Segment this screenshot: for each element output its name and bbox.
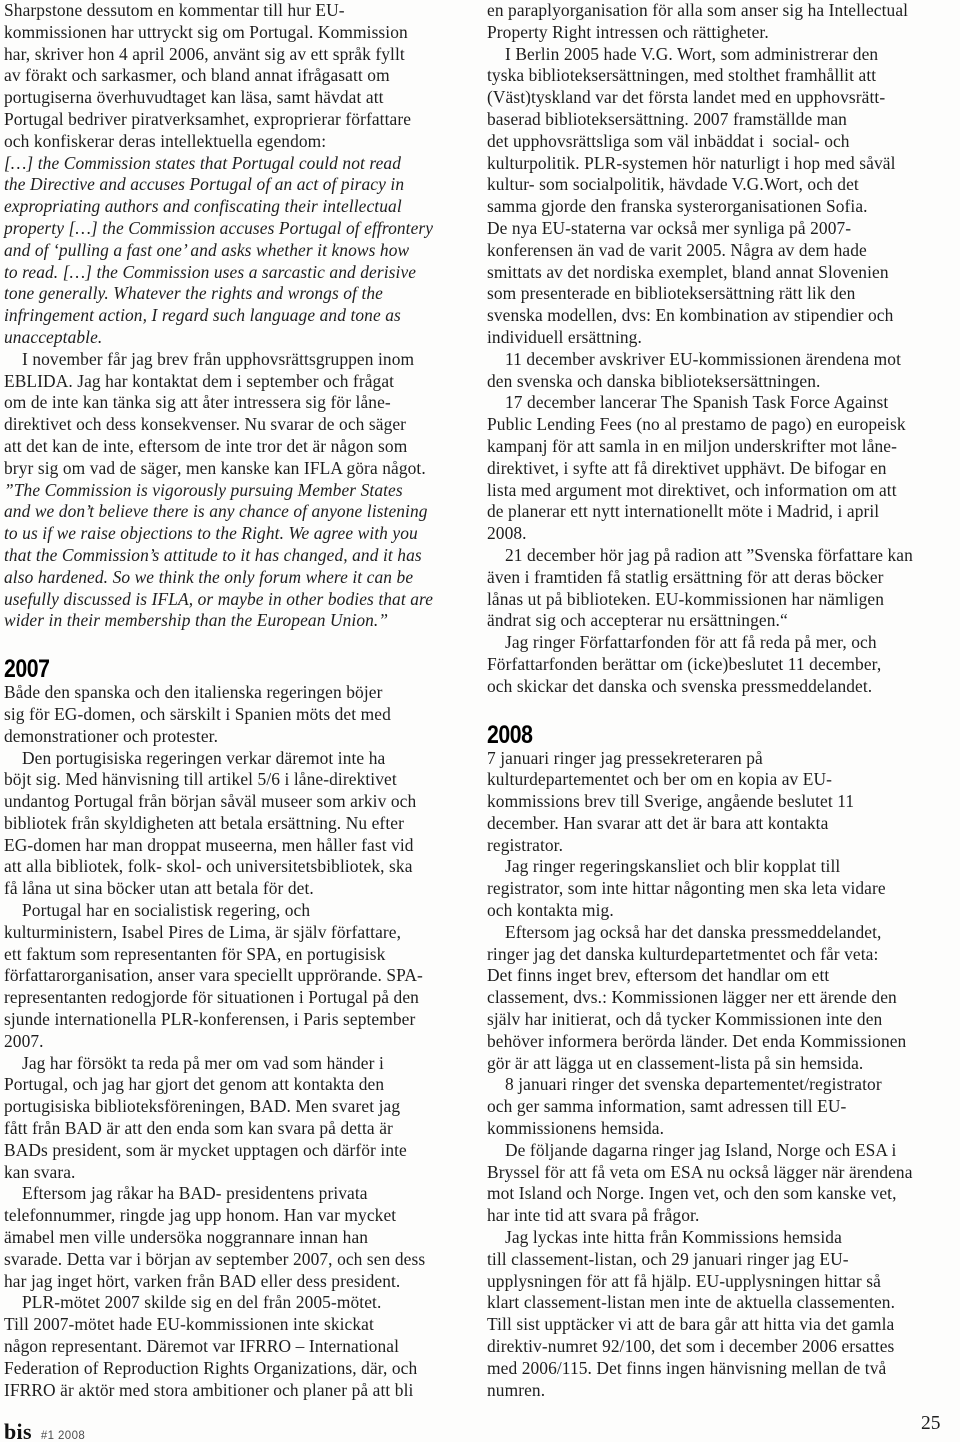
text-line: det upphovsrättsliga som väl inbäddat i … [487,131,956,153]
text-line: undantog Portugal från början såväl muse… [4,791,470,813]
issue-label: #1 2008 [41,1430,85,1442]
text-line: december. Han svarar att det är bara att… [487,813,956,835]
text-line: tyska biblioteksersättningen, med stolth… [487,65,956,87]
text-line: Sharpstone dessutom en kommentar till hu… [4,0,470,22]
text-line: kampanj för att samla in en miljon under… [487,436,956,458]
body-paragraph: en paraplyorganisation för alla som anse… [487,0,956,44]
text-line: som presenterade en biblioteksersättning… [487,283,956,305]
body-paragraph: PLR-mötet 2007 skilde sig en del från 20… [4,1292,470,1401]
page-number: 25 [921,1413,941,1435]
text-line: en paraplyorganisation för alla som anse… [487,0,956,22]
text-line: svenska modellen, dvs: En kombination av… [487,305,956,327]
text-line: 11 december avskriver EU-kommissionen är… [487,349,956,371]
text-line: Portugal har en socialistisk regering, o… [4,900,470,922]
text-line: 21 december hör jag på radion att ”Svens… [487,545,956,567]
text-line: Federation of Reproduction Rights Organi… [4,1358,470,1380]
text-line: BADs president, som är mycket upptagen o… [4,1140,470,1162]
text-line: den svenska och danska biblioteksersättn… [487,371,956,393]
text-line: 2007. [4,1031,470,1053]
text-line: bibliotek från skyldigheten att betala e… [4,813,470,835]
text-line: upplysningen för att få hjälp. EU-upplys… [487,1271,956,1293]
text-line: kan svara. [4,1162,470,1184]
text-line: expropriating authors and confiscating t… [4,196,470,218]
text-line: och ger samma information, samt adressen… [487,1096,956,1118]
body-paragraph: Jag ringer regeringskansliet och blir ko… [487,856,956,921]
year-heading: 2008 [487,722,886,748]
text-line: to read. […] the Commission uses a sarca… [4,262,470,284]
text-line: och skickar det danska och svenska press… [487,676,956,698]
body-paragraph: Den portugisiska regeringen verkar därem… [4,748,470,901]
text-line: kulturministern, Isabel Pires de Lima, ä… [4,922,470,944]
text-line: wider in their membership than the Europ… [4,610,470,632]
text-line: och kontakta mig. [487,900,956,922]
text-line: Property Right intressen och rättigheter… [487,22,956,44]
text-line: baserad biblioteksersättning. 2007 frams… [487,109,956,131]
text-line: svarade. Detta var i början av september… [4,1249,470,1271]
text-line: I Berlin 2005 hade V.G. Wort, som admini… [487,44,956,66]
body-paragraph: Jag ringer Författarfonden för att få re… [487,632,956,697]
text-line: I november får jag brev från upphovsrätt… [4,349,470,371]
text-line: lista med argument mot direktivet, och i… [487,480,956,502]
text-line: någon representant. Däremot var IFRRO – … [4,1336,470,1358]
text-line: har, skriver hon 4 april 2006, använt si… [4,44,470,66]
text-line: lånas ut på biblioteken. EU-kommissionen… [487,589,956,611]
text-line: usefully discussed is IFLA, or maybe in … [4,589,470,611]
text-line: har jag inget hört, varken från BAD elle… [4,1271,470,1293]
journal-footer: bis #1 2008 [4,1419,85,1442]
text-line: ”The Commission is vigorously pursuing M… [4,480,470,502]
text-line: 17 december lancerar The Spanish Task Fo… [487,392,956,414]
text-line: De nya EU-staterna var också mer synliga… [487,218,956,240]
body-paragraph: De följande dagarna ringer jag Island, N… [487,1140,956,1227]
text-line: property […] the Commission accuses Port… [4,218,470,240]
text-line: infringement action, I regard such langu… [4,305,470,327]
body-paragraph: 8 januari ringer det svenska departement… [487,1074,956,1139]
text-line: Till sist upptäcker vi att de bara går a… [487,1314,956,1336]
text-line: IFRRO är aktör med stora ambitioner och … [4,1380,470,1402]
text-line: also hardened. So we think the only foru… [4,567,470,589]
text-line: Jag lyckas inte hitta från Kommissions h… [487,1227,956,1249]
text-line: fått från BAD är att den enda som kan sv… [4,1118,470,1140]
body-paragraph: 17 december lancerar The Spanish Task Fo… [487,392,956,545]
body-paragraph: Eftersom jag råkar ha BAD- presidentens … [4,1183,470,1292]
text-line: unacceptable. [4,327,470,349]
text-line: konferensen än vad de varit 2005. Några … [487,240,956,262]
text-line: kulturpolitik. PLR-systemen hör naturlig… [487,153,956,175]
text-line: […] the Commission states that Portugal … [4,153,470,175]
text-line: gör är att lägga ut en classement-lista … [487,1053,956,1075]
text-line: Både den spanska och den italienska rege… [4,682,470,704]
text-line: 7 januari ringer jag pressekreteraren på [487,748,956,770]
text-line: behöver informera berörda länder. Det en… [487,1031,956,1053]
text-line: med 2006/115. Det finns ingen hänvisning… [487,1358,956,1380]
year-heading: 2007 [4,656,400,682]
text-line: kulturdepartementet och ber om en kopia … [487,769,956,791]
text-line: mot Island och Norge. Ingen vet, och den… [487,1183,956,1205]
text-line: samma gjorde den franska systerorganisat… [487,196,956,218]
text-line: registrator. [487,835,956,857]
text-line: the Directive and accuses Portugal of an… [4,174,470,196]
text-line: 8 januari ringer det svenska departement… [487,1074,956,1096]
text-line: kommissionens hemsida. [487,1118,956,1140]
text-line: själv har initierat, och då tycker Kommi… [487,1009,956,1031]
right-column: en paraplyorganisation för alla som anse… [487,0,956,1401]
text-line: De följande dagarna ringer jag Island, N… [487,1140,956,1162]
text-line: böjt sig. Med hänvisning till artikel 5/… [4,769,470,791]
body-paragraph: 21 december hör jag på radion att ”Svens… [487,545,956,632]
text-line: har inte tid att svara på frågor. [487,1205,956,1227]
text-line: Det finns inget brev, eftersom det handl… [487,965,956,987]
text-line: av förakt och sarkasmer, och bland annat… [4,65,470,87]
text-line: de planerar ett nytt internationellt möt… [487,501,956,523]
text-line: EG-domen har man droppat museerna, men h… [4,835,470,857]
text-line: (Väst)tyskland var det första landet med… [487,87,956,109]
text-line: EBLIDA. Jag har kontaktat dem i septembe… [4,371,470,393]
text-line: Till 2007-mötet hade EU-kommissionen int… [4,1314,470,1336]
text-line: Portugal bedriver piratverksamhet, expro… [4,109,470,131]
text-line: ett faktum som representanten för SPA, e… [4,944,470,966]
text-line: demonstrationer och protester. [4,726,470,748]
text-line: portugisiska biblioteksföreningen, BAD. … [4,1096,470,1118]
text-line: ändrat sig och accepterar nu ersättninge… [487,610,956,632]
body-paragraph: Jag har försökt ta reda på mer om vad so… [4,1053,470,1184]
text-line: kommissionen har uttryckt sig om Portuga… [4,22,470,44]
body-paragraph: Eftersom jag också har det danska pressm… [487,922,956,1075]
text-line: direktivet, i syfte att få direktivet up… [487,458,956,480]
body-paragraph: 7 januari ringer jag pressekreteraren på… [487,748,956,857]
text-line: Jag ringer regeringskansliet och blir ko… [487,856,956,878]
text-line: Eftersom jag råkar ha BAD- presidentens … [4,1183,470,1205]
text-line: kultur- som socialpolitik, hävdade V.G.W… [487,174,956,196]
text-line: Eftersom jag också har det danska pressm… [487,922,956,944]
body-paragraph: I Berlin 2005 hade V.G. Wort, som admini… [487,44,956,349]
text-line: Jag har försökt ta reda på mer om vad so… [4,1053,470,1075]
text-line: registrator, som inte hittar någonting m… [487,878,956,900]
text-line: klart classement-listan men inte de aktu… [487,1292,956,1314]
text-line: classement, dvs.: Kommissionen lägger ne… [487,987,956,1009]
quote-paragraph: ”The Commission is vigorously pursuing M… [4,480,470,633]
text-line: ämabel men ville undersöka noggrannare i… [4,1227,470,1249]
text-line: Portugal, och jag har gjort det genom at… [4,1074,470,1096]
text-line: att det kan de inte, eftersom de inte tr… [4,436,470,458]
body-paragraph: I november får jag brev från upphovsrätt… [4,349,470,480]
body-paragraph: Jag lyckas inte hitta från Kommissions h… [487,1227,956,1401]
text-line: författarorganisation, anser vara specie… [4,965,470,987]
text-line: Public Lending Fees (no al prestamo de p… [487,414,956,436]
document-page: Sharpstone dessutom en kommentar till hu… [0,0,960,1442]
text-line: direktiv-numret 92/100, det som i decemb… [487,1336,956,1358]
text-line: ringer jag det danska kulturdepartetment… [487,944,956,966]
text-line: få låna ut sina böcker utan att betala f… [4,878,470,900]
text-line: smittats av det nordiska exemplet, bland… [487,262,956,284]
text-line: och konfiskerar deras intellektuella ege… [4,131,470,153]
left-column: Sharpstone dessutom en kommentar till hu… [4,0,470,1401]
text-line: that the Commission’s attitude to it has… [4,545,470,567]
text-line: portugiserna överhuvudtaget kan läsa, sa… [4,87,470,109]
body-paragraph: Sharpstone dessutom en kommentar till hu… [4,0,470,153]
text-line: to us if we raise objections to the Righ… [4,523,470,545]
text-line: att alla bibliotek, folk- skol- och univ… [4,856,470,878]
text-line: telefonnummer, ringde jag upp honom. Han… [4,1205,470,1227]
text-line: sig för EG-domen, och särskilt i Spanien… [4,704,470,726]
text-line: direktivet och dess konsekvenser. Nu sva… [4,414,470,436]
text-line: Författarfonden berättar om (icke)beslut… [487,654,956,676]
body-paragraph: 11 december avskriver EU-kommissionen är… [487,349,956,393]
text-line: tone generally. Whatever the rights and … [4,283,470,305]
text-line: representanten redogjorde för situatione… [4,987,470,1009]
text-line: Bryssel för att få veta om ESA nu också … [487,1162,956,1184]
text-line: Jag ringer Författarfonden för att få re… [487,632,956,654]
text-line: individuell ersättning. [487,327,956,349]
text-line: till classement-listan, och 29 januari r… [487,1249,956,1271]
text-line: PLR-mötet 2007 skilde sig en del från 20… [4,1292,470,1314]
text-line: numren. [487,1380,956,1402]
journal-name: bis [4,1419,32,1442]
text-line: bryr sig om vad de säger, men kanske kan… [4,458,470,480]
text-line: 2008. [487,523,956,545]
quote-paragraph: […] the Commission states that Portugal … [4,153,470,349]
text-line: and we don’t believe there is any chance… [4,501,470,523]
body-paragraph: Portugal har en socialistisk regering, o… [4,900,470,1053]
body-paragraph: Både den spanska och den italienska rege… [4,682,470,747]
text-line: and of ‘pulling a fast one’ and asks whe… [4,240,470,262]
text-line: om de inte kan tänka sig att åter intres… [4,392,470,414]
text-line: Den portugisiska regeringen verkar därem… [4,748,470,770]
text-line: kommissions brev till Sverige, angående … [487,791,956,813]
text-line: även i framtiden få statlig ersättning f… [487,567,956,589]
text-line: sjunde internationella PLR-konferensen, … [4,1009,470,1031]
